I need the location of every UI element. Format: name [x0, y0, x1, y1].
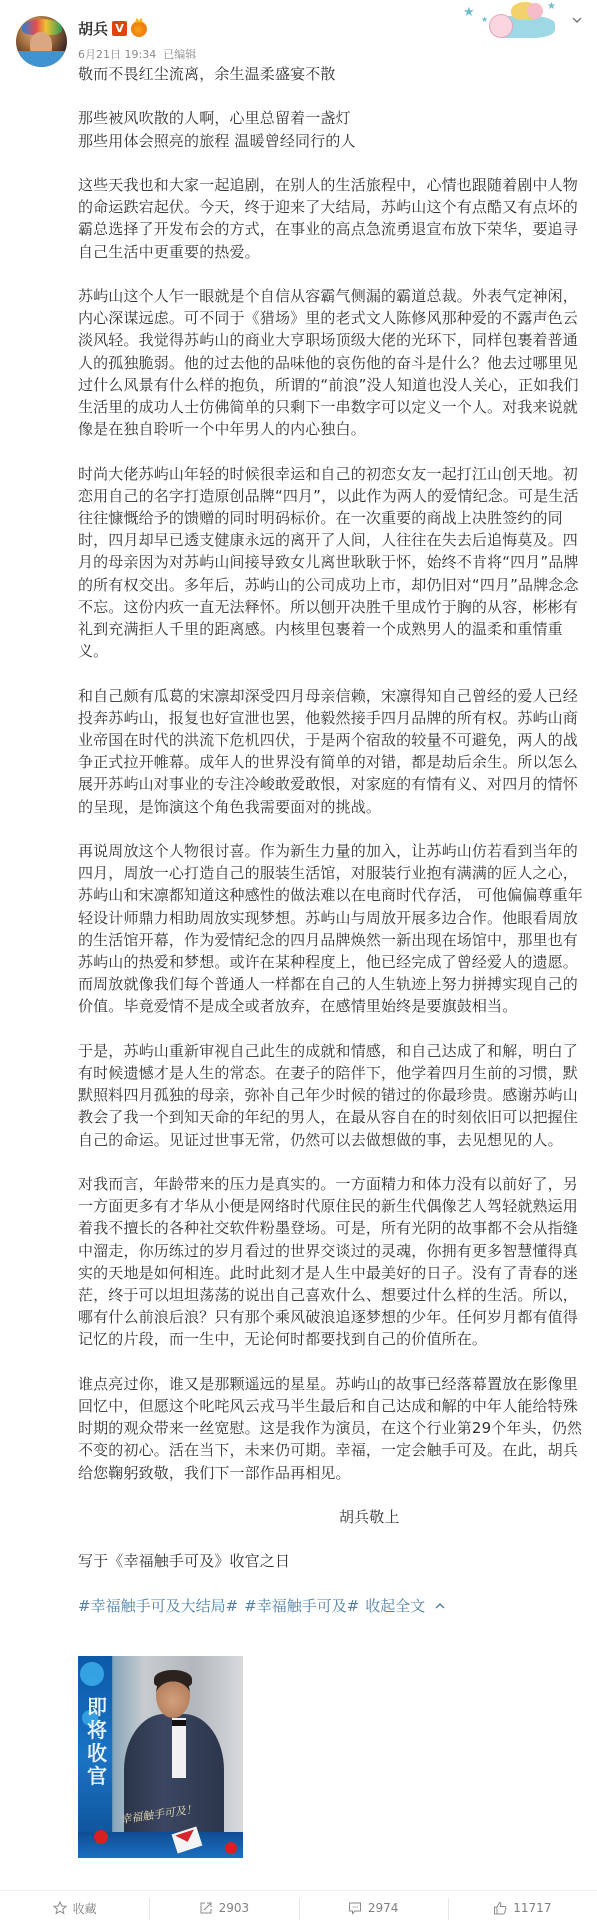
- post-paragraph: 谁点亮过你，谁又是那颗遥远的星星。苏屿山的故事已经落幕置放在影像里回忆中，但愿这…: [78, 1373, 584, 1484]
- comment-button[interactable]: 2974: [299, 1891, 448, 1925]
- post-paragraph: 敬而不畏红尘流离，余生温柔盛宴不散: [78, 63, 584, 85]
- post-paragraph: 时尚大佬苏屿山年轻的时候很幸运和自己的初恋女友一起打江山创天地。初恋用自己的名字…: [78, 463, 584, 663]
- rose-decoration: [225, 1842, 237, 1854]
- vip-crown-icon[interactable]: [131, 21, 147, 37]
- avatar-jacket: [16, 51, 67, 67]
- propeller-illustration: [489, 14, 513, 38]
- favorite-button[interactable]: 收藏: [0, 1891, 149, 1925]
- repost-count: 2903: [219, 1901, 250, 1915]
- like-button[interactable]: 11717: [448, 1891, 597, 1925]
- edited-label[interactable]: 已编辑: [163, 46, 196, 62]
- post-paragraph: 对我而言，年龄带来的压力是真实的。一方面精力和体力没有以前好了，另一方面更多有才…: [78, 1173, 584, 1351]
- man-shirt: [172, 1718, 186, 1778]
- post-timestamp[interactable]: 6月21日 19:34: [78, 46, 156, 62]
- collapse-text-button[interactable]: 收起全文: [365, 1595, 425, 1617]
- post-paragraph: 于是，苏屿山重新审视自己此生的成就和情感，和自己达成了和解，明白了有时候遗憾才是…: [78, 1040, 584, 1151]
- chevron-up-icon[interactable]: [435, 1601, 445, 1611]
- post-paragraph: 和自己颇有瓜葛的宋凛却深受四月母亲信赖，宋凛得知自己曾经的爱人已经投奔苏屿山，报…: [78, 685, 584, 818]
- dateline: 写于《幸福触手可及》收官之日: [78, 1550, 584, 1572]
- signature: 胡兵敬上: [78, 1506, 584, 1528]
- hashtag-link[interactable]: #幸福触手可及#: [244, 1595, 359, 1617]
- post-image[interactable]: 即将收官 幸福触手可及！: [78, 1656, 243, 1858]
- hashtag-row: #幸福触手可及大结局# #幸福触手可及# 收起全文: [78, 1595, 584, 1617]
- author-row: 胡兵 V: [78, 18, 147, 39]
- post-paragraph: 那些用体会照亮的旅程 温暖曾经同行的人: [78, 130, 584, 152]
- verified-badge-icon[interactable]: V: [112, 21, 127, 36]
- post-content: 敬而不畏红尘流离，余生温柔盛宴不散 那些被风吹散的人啊，心里总留着一盏灯 那些用…: [78, 63, 584, 1617]
- repost-button[interactable]: 2903: [149, 1891, 298, 1925]
- action-bar: 收藏 2903 2974 11717: [0, 1890, 597, 1925]
- post-paragraph: 这些天我也和大家一起追剧，在别人的生活旅程中，心情也跟随着剧中人物的命运跌宕起伏…: [78, 174, 584, 263]
- card-decoration: ★ ★ ★: [455, 0, 565, 45]
- post-paragraph: 那些被风吹散的人啊，心里总留着一盏灯: [78, 107, 584, 129]
- comment-count: 2974: [368, 1901, 399, 1915]
- hashtag-link[interactable]: #幸福触手可及大结局#: [78, 1595, 238, 1617]
- repost-icon: [199, 1901, 213, 1915]
- man-head: [156, 1674, 190, 1718]
- star-decoration-icon: ★: [463, 6, 475, 19]
- username[interactable]: 胡兵: [78, 18, 108, 39]
- like-count: 11717: [513, 1901, 551, 1915]
- thumbs-up-icon: [493, 1901, 507, 1915]
- star-outline-icon: [53, 1901, 67, 1915]
- post-meta: 6月21日 19:34 已编辑: [78, 46, 196, 62]
- bokeh-light: [80, 1662, 104, 1686]
- star-decoration-icon: ★: [547, 2, 556, 12]
- character-illustration: [527, 3, 543, 19]
- avatar[interactable]: [16, 16, 67, 67]
- weibo-post: 胡兵 V 6月21日 19:34 已编辑 ★ ★ ★ 敬而不畏红尘流离，余生温柔…: [0, 0, 597, 1925]
- comment-icon: [348, 1901, 362, 1915]
- post-paragraph: 再说周放这个人物很讨喜。作为新生力量的加入，让苏屿山仿若看到当年的四月，周放一心…: [78, 840, 584, 1018]
- favorite-label: 收藏: [73, 1900, 97, 1917]
- post-paragraph: 苏屿山这个人乍一眼就是个自信从容霸气侧漏的霸道总裁。外表气定神闲，内心深谋远虑。…: [78, 285, 584, 440]
- star-decoration-icon: ★: [481, 16, 488, 24]
- chevron-down-icon[interactable]: [572, 15, 582, 25]
- image-overlay-text: 即将收官: [85, 1696, 109, 1788]
- man-bowtie: [172, 1720, 186, 1726]
- rose-decoration: [94, 1830, 108, 1844]
